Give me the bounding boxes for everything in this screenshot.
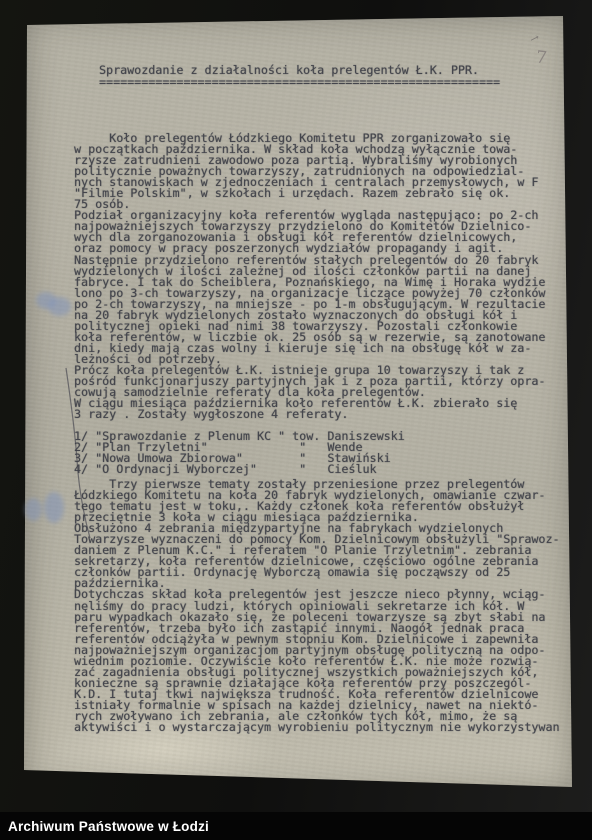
typed-line: 4/ "O Ordynacji Wyborczej" " Cieśluk: [74, 464, 405, 475]
paragraph-block-1: Koło prelegentów Łódzkiego Komitetu PPR …: [74, 133, 545, 420]
ink-smudge-blue: [48, 297, 71, 316]
paragraph-block-2: Trzy pierwsze tematy zostały przeniesion…: [74, 479, 560, 733]
ink-smudge-blue: [25, 498, 42, 521]
scanned-document-view: ↗ 7 Sprawozdanie z działalności koła pre…: [0, 0, 592, 840]
report-list: 1/ "Sprawozdanie z Plenum KC " tow. Dani…: [74, 431, 405, 475]
typed-line: 3 razy . Zostały wygłoszone 4 referaty.: [74, 409, 545, 420]
title-underline: ========================================…: [99, 77, 500, 88]
archive-watermark-bar: Archiwum Państwowe w Łodzi: [0, 812, 592, 840]
archive-name-label: Archiwum Państwowe w Łodzi: [8, 819, 209, 834]
ink-smudge-blue: [44, 492, 64, 523]
typed-line: "Filmie Polskim", w szkołach i urzędach.…: [74, 188, 545, 199]
typed-line: aktywiści i o wystarczającym wyrobieniu …: [74, 722, 560, 733]
